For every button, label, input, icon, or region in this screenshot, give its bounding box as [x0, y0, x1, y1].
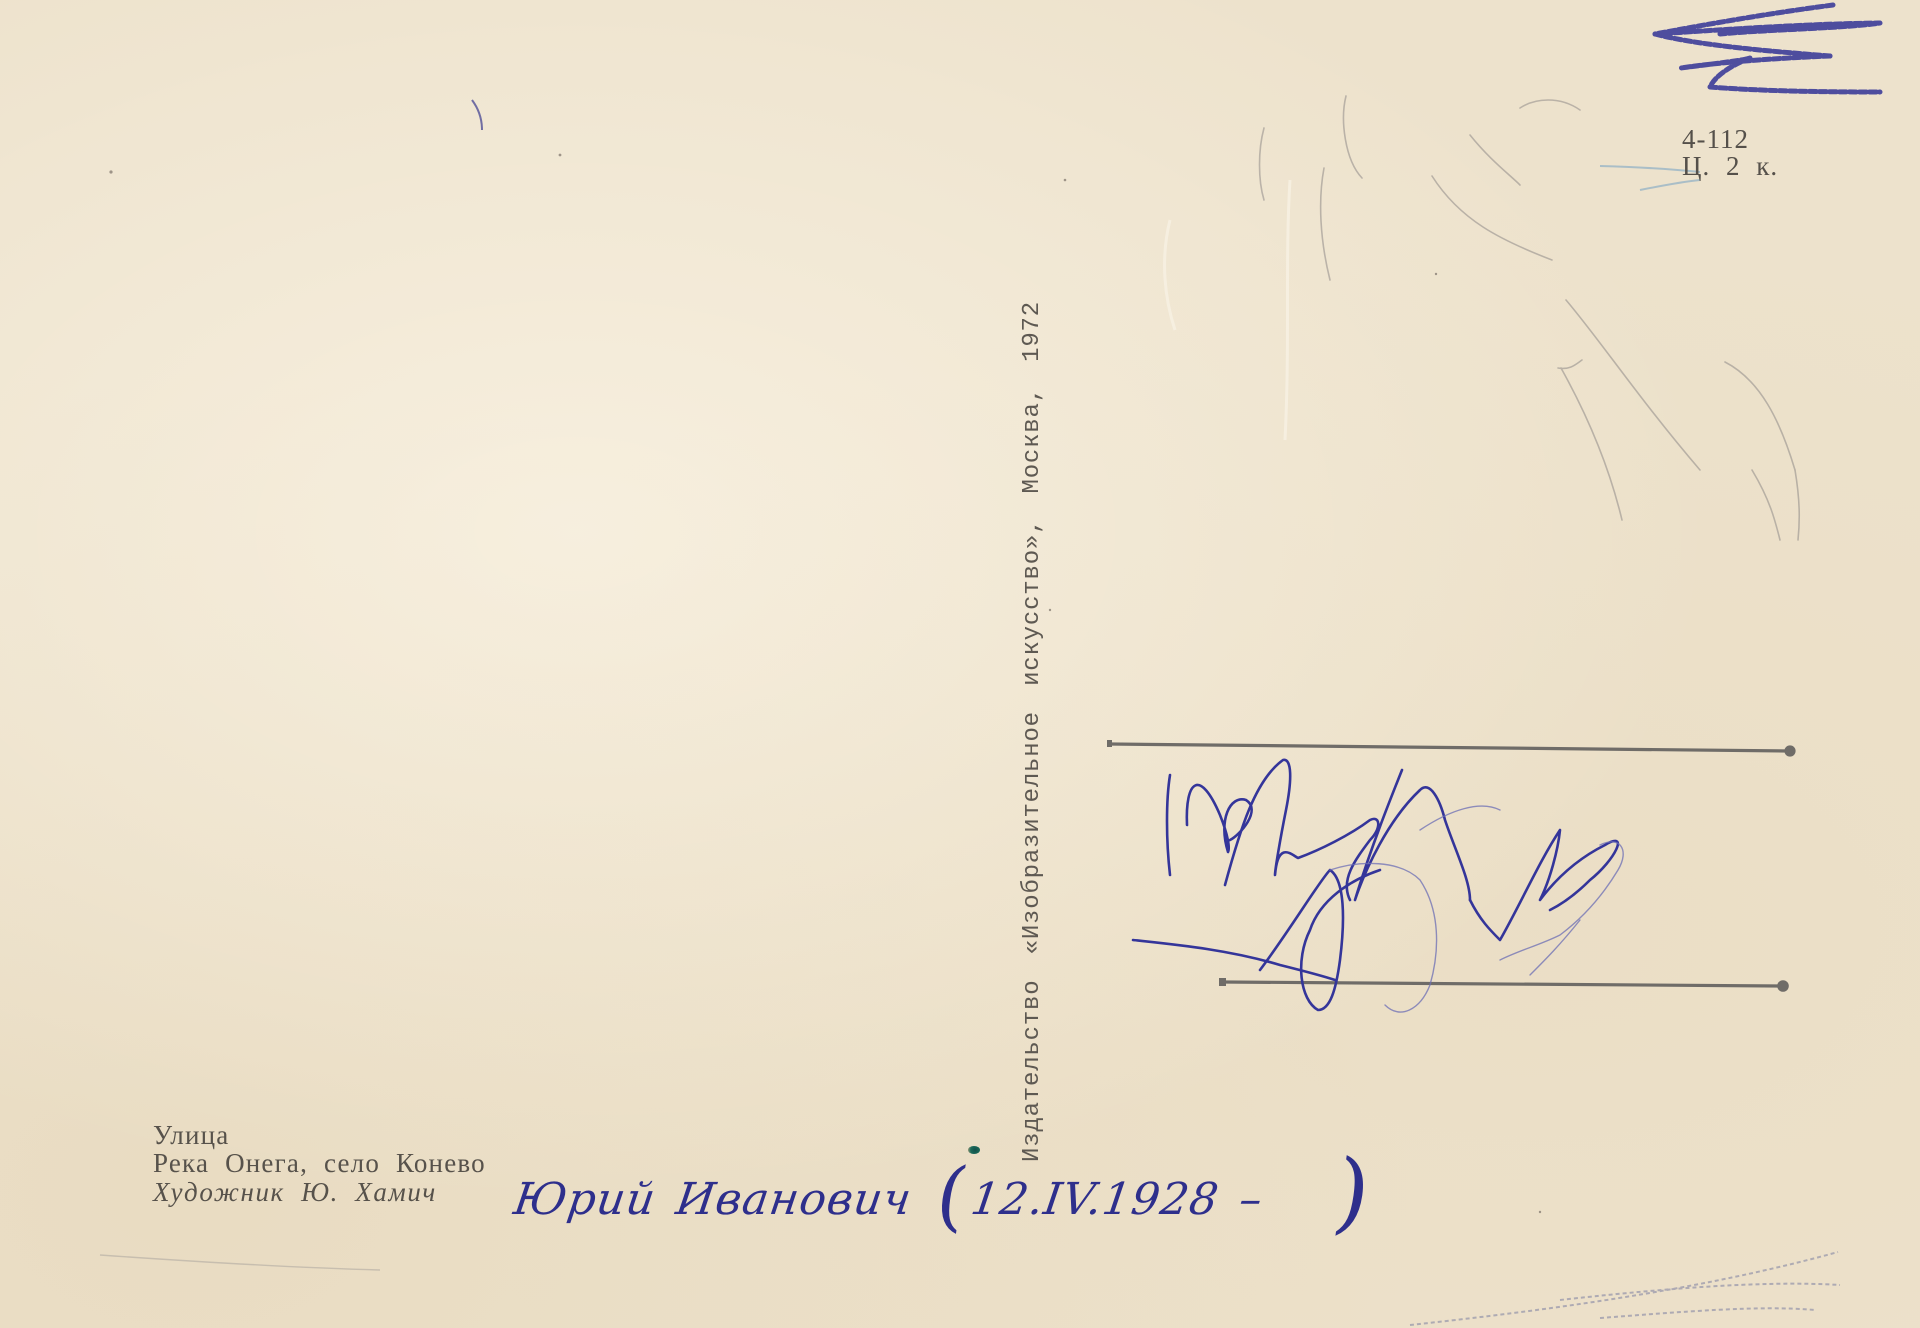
handwritten-paren-close: ) [1331, 1162, 1375, 1222]
handwritten-dates: 12.IV.1928 – [968, 1174, 1267, 1225]
caption-title: Улица [153, 1121, 229, 1149]
pencil-line-bottom-left [100, 1255, 380, 1270]
handwritten-paren-open: ( [933, 1166, 972, 1226]
caption-artist: Художник Ю. Хамич [153, 1178, 437, 1206]
postcard-back: Улица Река Онега, село Конево Художник Ю… [0, 0, 1920, 1328]
handwritten-name: Юрий Иванович [511, 1174, 916, 1225]
address-line-2 [1223, 982, 1781, 986]
marks-layer [0, 0, 1920, 1328]
address-line-1 [1110, 744, 1788, 751]
pen-tick-top [472, 100, 482, 130]
publisher-imprint: Издательство «Изобразительное искусство»… [1018, 301, 1048, 1162]
signature [1133, 760, 1618, 1010]
address-lines [1107, 740, 1794, 990]
signature-faint-strokes [1330, 806, 1623, 1012]
paper-specks [109, 154, 1541, 1214]
embossed-scratch [1165, 180, 1290, 440]
price-label: Ц. 2 к. [1682, 153, 1778, 180]
pencil-scribble-bottom [1410, 1252, 1840, 1325]
catalog-info: 4-112 Ц. 2 к. [1682, 126, 1778, 180]
caption-subtitle: Река Онега, село Конево [153, 1149, 486, 1177]
pen-scribble-top [1655, 5, 1880, 92]
handwritten-note: Юрий Иванович (12.IV.1928 – ) [510, 1158, 1269, 1230]
catalog-code: 4-112 [1682, 126, 1778, 153]
